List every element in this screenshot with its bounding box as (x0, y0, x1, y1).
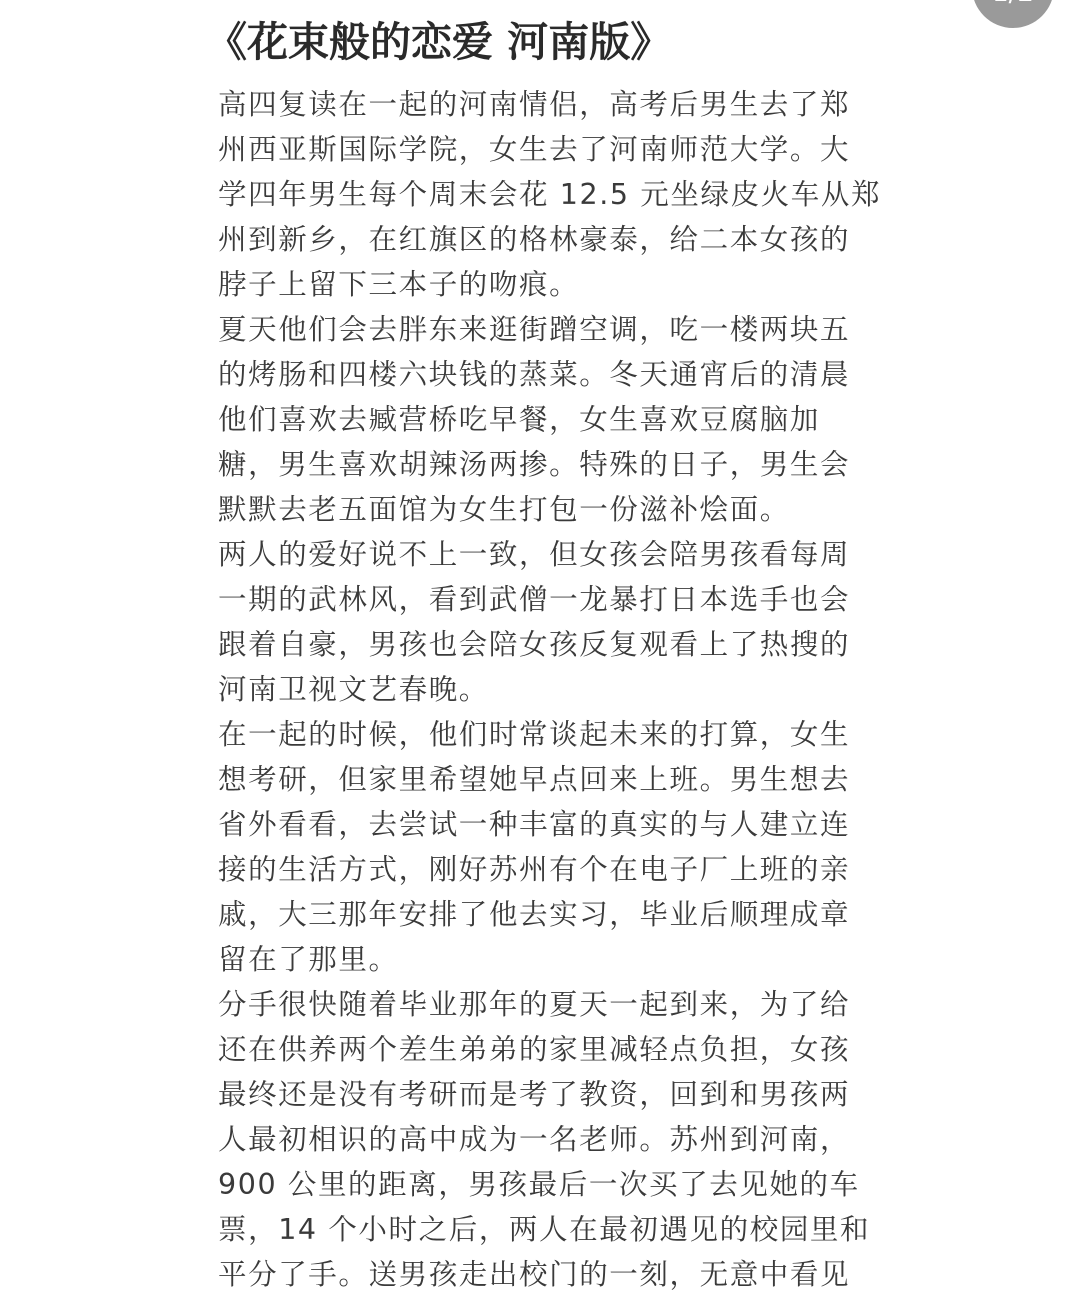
paragraph-1: 高四复读在一起的河南情侣，高考后男生去了郑 州西亚斯国际学院，女生去了河南师范大… (214, 82, 864, 307)
text-line: 州西亚斯国际学院，女生去了河南师范大学。大 (214, 127, 864, 172)
page-indicator-text: 1/2 (992, 0, 1034, 14)
text-line: 糖，男生喜欢胡辣汤两掺。特殊的日子，男生会 (214, 442, 864, 487)
text-line: 高四复读在一起的河南情侣，高考后男生去了郑 (214, 82, 864, 127)
text-line: 分手很快随着毕业那年的夏天一起到来，为了给 (214, 982, 864, 1027)
text-line: 的烤肠和四楼六块钱的蒸菜。冬天通宵后的清晨 (214, 352, 864, 397)
text-line: 跟着自豪，男孩也会陪女孩反复观看上了热搜的 (214, 622, 864, 667)
paragraph-3: 两人的爱好说不上一致，但女孩会陪男孩看每周 一期的武林风，看到武僧一龙暴打日本选… (214, 532, 864, 712)
text-line: 省外看看，去尝试一种丰富的真实的与人建立连 (214, 802, 864, 847)
paragraph-4: 在一起的时候，他们时常谈起未来的打算，女生 想考研，但家里希望她早点回来上班。男… (214, 712, 864, 982)
article-title: 《花束般的恋爱 河南版》 (206, 14, 864, 74)
text-line: 河南卫视文艺春晚。 (214, 667, 864, 712)
text-line: 留在了那里。 (214, 937, 864, 982)
text-line: 夏天他们会去胖东来逛街蹭空调，吃一楼两块五 (214, 307, 864, 352)
text-line: 两人的爱好说不上一致，但女孩会陪男孩看每周 (214, 532, 864, 577)
text-line: 他们喜欢去臧营桥吃早餐，女生喜欢豆腐脑加 (214, 397, 864, 442)
text-line: 学四年男生每个周末会花 12.5 元坐绿皮火车从郑 (214, 172, 864, 217)
text-line: 脖子上留下三本子的吻痕。 (214, 262, 864, 307)
text-line: 一期的武林风，看到武僧一龙暴打日本选手也会 (214, 577, 864, 622)
article: 《花束般的恋爱 河南版》 高四复读在一起的河南情侣，高考后男生去了郑 州西亚斯国… (214, 14, 864, 1297)
paragraph-2: 夏天他们会去胖东来逛街蹭空调，吃一楼两块五 的烤肠和四楼六块钱的蒸菜。冬天通宵后… (214, 307, 864, 532)
paragraph-5: 分手很快随着毕业那年的夏天一起到来，为了给 还在供养两个差生弟弟的家里减轻点负担… (214, 982, 864, 1297)
text-line: 接的生活方式，刚好苏州有个在电子厂上班的亲 (214, 847, 864, 892)
text-line: 在一起的时候，他们时常谈起未来的打算，女生 (214, 712, 864, 757)
text-line: 人最初相识的高中成为一名老师。苏州到河南， (214, 1117, 864, 1162)
text-line: 票，14 个小时之后，两人在最初遇见的校园里和 (214, 1207, 864, 1252)
text-line: 900 公里的距离，男孩最后一次买了去见她的车 (214, 1162, 864, 1207)
text-line: 平分了手。送男孩走出校门的一刻，无意中看见 (214, 1252, 864, 1297)
text-line: 最终还是没有考研而是考了教资，回到和男孩两 (214, 1072, 864, 1117)
page-indicator-badge: 1/2 (972, 0, 1054, 28)
text-line: 还在供养两个差生弟弟的家里减轻点负担，女孩 (214, 1027, 864, 1072)
text-line: 想考研，但家里希望她早点回来上班。男生想去 (214, 757, 864, 802)
text-line: 默默去老五面馆为女生打包一份滋补烩面。 (214, 487, 864, 532)
text-line: 戚，大三那年安排了他去实习，毕业后顺理成章 (214, 892, 864, 937)
text-line: 州到新乡，在红旗区的格林豪泰，给二本女孩的 (214, 217, 864, 262)
